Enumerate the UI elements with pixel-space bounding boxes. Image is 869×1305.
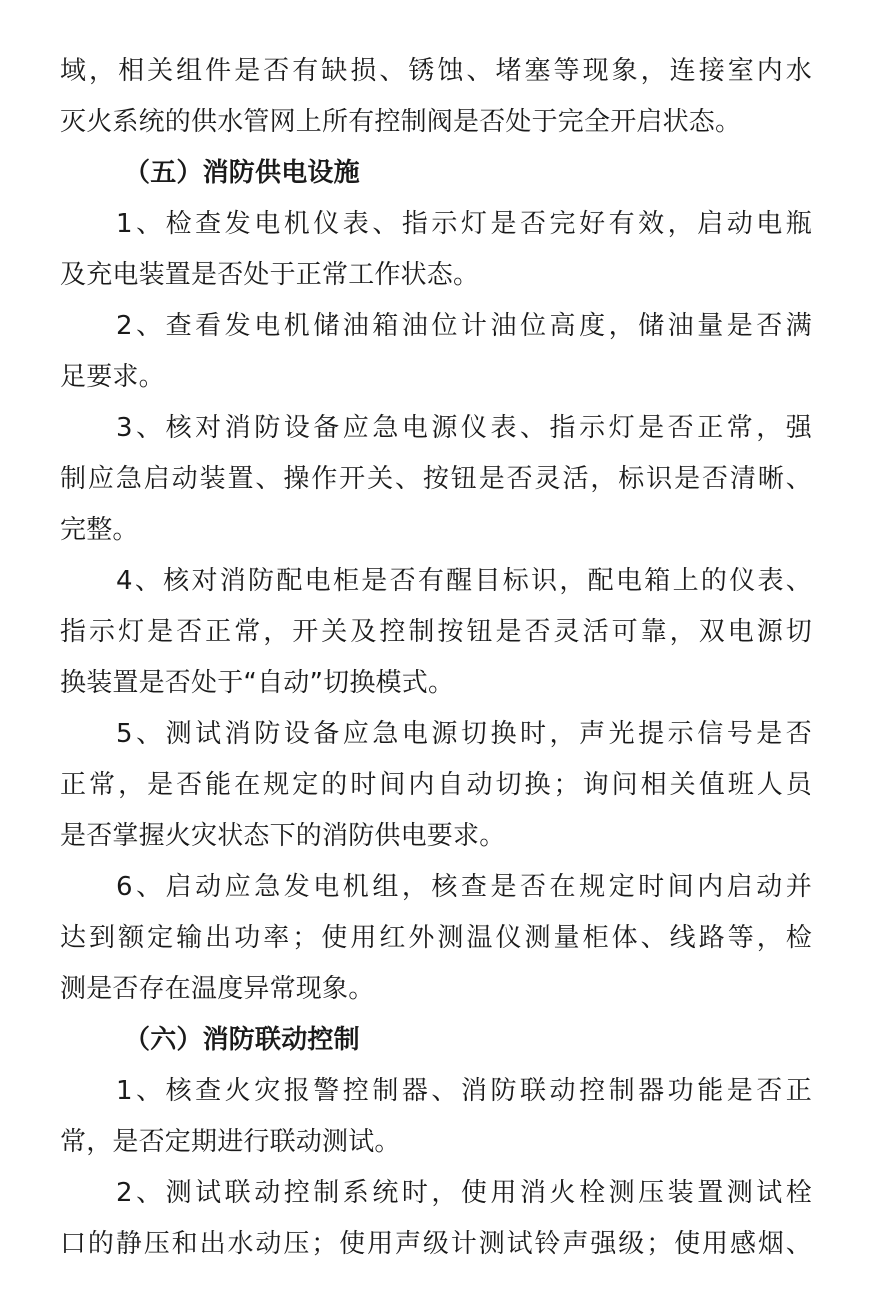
paragraph-line: 制应急启动装置、操作开关、按钮是否灵活，标识是否清晰、	[60, 454, 812, 505]
paragraph-line: 指示灯是否正常，开关及控制按钮是否灵活可靠，双电源切	[60, 607, 812, 658]
paragraph-end-line: 及充电装置是否处于正常工作状态。	[60, 250, 812, 301]
paragraph-end-line: 常，是否定期进行联动测试。	[60, 1117, 812, 1168]
paragraph-start-line: 6、启动应急发电机组，核查是否在规定时间内启动并	[60, 862, 812, 913]
paragraph-start-line: 1、核查火灾报警控制器、消防联动控制器功能是否正	[60, 1066, 812, 1117]
paragraph-end-line: 是否掌握火灾状态下的消防供电要求。	[60, 811, 812, 862]
paragraph-start-line: 3、核对消防设备应急电源仪表、指示灯是否正常，强	[60, 403, 812, 454]
paragraph-start-line: 1、检查发电机仪表、指示灯是否完好有效，启动电瓶	[60, 199, 812, 250]
paragraph-end-line: 完整。	[60, 505, 812, 556]
paragraph-end-line: 灭火系统的供水管网上所有控制阀是否处于完全开启状态。	[60, 97, 812, 148]
paragraph-end-line: 测是否存在温度异常现象。	[60, 964, 812, 1015]
paragraph-line: 域，相关组件是否有缺损、锈蚀、堵塞等现象，连接室内水	[60, 46, 812, 97]
paragraph-start-line: 2、测试联动控制系统时，使用消火栓测压装置测试栓	[60, 1168, 812, 1219]
paragraph-end-line: 换装置是否处于“自动”切换模式。	[60, 658, 812, 709]
paragraph-end-line: 足要求。	[60, 352, 812, 403]
paragraph-line: 达到额定输出功率；使用红外测温仪测量柜体、线路等，检	[60, 913, 812, 964]
document-page: 域，相关组件是否有缺损、锈蚀、堵塞等现象，连接室内水灭火系统的供水管网上所有控制…	[60, 46, 812, 1270]
section-heading: （六）消防联动控制	[60, 1015, 812, 1066]
paragraph-line: 正常，是否能在规定的时间内自动切换；询问相关值班人员	[60, 760, 812, 811]
paragraph-start-line: 5、测试消防设备应急电源切换时，声光提示信号是否	[60, 709, 812, 760]
paragraph-start-line: 2、查看发电机储油箱油位计油位高度，储油量是否满	[60, 301, 812, 352]
section-heading: （五）消防供电设施	[60, 148, 812, 199]
paragraph-line: 口的静压和出水动压；使用声级计测试铃声强级；使用感烟、	[60, 1219, 812, 1270]
paragraph-start-line: 4、核对消防配电柜是否有醒目标识，配电箱上的仪表、	[60, 556, 812, 607]
